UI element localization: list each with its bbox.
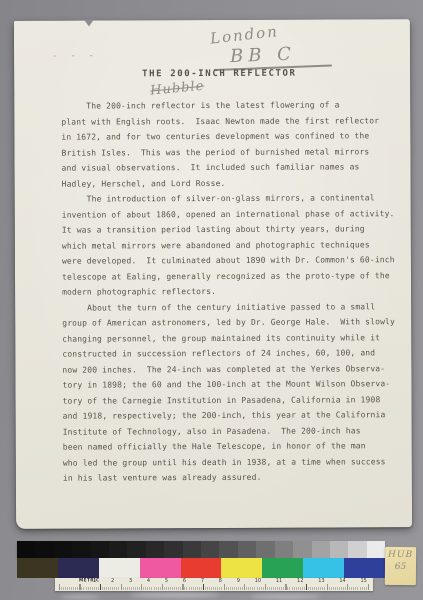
text-line: group of American astronomers, led by Dr…	[62, 314, 382, 331]
text-line: telescope at Ealing, generally recognize…	[62, 268, 382, 285]
swatch	[303, 558, 344, 578]
swatch	[72, 541, 90, 558]
swatch	[127, 541, 145, 558]
swatch	[312, 541, 330, 558]
metric-ruler: METRIC 123456789101112131415	[55, 578, 373, 591]
grayscale-step-wedge	[17, 541, 385, 558]
color-calibration-bar: METRIC 123456789101112131415	[17, 541, 385, 578]
text-line: were developed. It culminated about 1890…	[62, 252, 382, 269]
swatch	[164, 541, 182, 558]
text-line: which metal mirrors were abandoned and p…	[62, 237, 382, 254]
swatch	[17, 558, 58, 578]
swatch	[35, 541, 53, 558]
scanner-smudge	[130, 592, 220, 598]
swatch	[293, 541, 311, 558]
swatch	[140, 558, 181, 578]
text-line: who led the group until his death in 193…	[63, 454, 383, 471]
ruler-tick-marks	[59, 584, 369, 590]
archival-label-sticker: HUB 65	[385, 547, 416, 585]
scanned-page: - - - London BB C THE 200-INCH REFLECTOR…	[14, 19, 412, 529]
swatch	[146, 541, 164, 558]
swatch	[262, 558, 303, 578]
text-line: and visual observations. It included suc…	[62, 159, 382, 176]
text-line: Hadley, Herschel, and Lord Rosse.	[62, 175, 382, 192]
swatch	[58, 558, 99, 578]
text-line: constructed in succession reflectors of …	[62, 345, 382, 362]
text-line: modern photographic reflectors.	[62, 283, 382, 300]
label-code: HUB	[385, 550, 416, 560]
text-line: plant with English roots. Isaac Newton m…	[61, 113, 381, 130]
text-line: The 200-inch reflector is the latest flo…	[61, 97, 381, 114]
swatch	[17, 541, 35, 558]
swatch	[238, 541, 256, 558]
swatch	[201, 541, 219, 558]
swatch	[348, 541, 366, 558]
text-line: invention of about 1860, opened an inter…	[62, 206, 382, 223]
swatch	[219, 541, 237, 558]
label-number: 65	[385, 562, 416, 572]
scanner-smudge	[250, 594, 320, 599]
page-title: THE 200-INCH REFLECTOR	[142, 69, 296, 80]
text-line: British Isles. This was the period of bu…	[61, 144, 381, 161]
text-line: Institute of Technology, also in Pasaden…	[63, 423, 383, 440]
handwritten-bbc: BB C	[230, 43, 297, 67]
text-line: tory in 1898; the 60 and the 100-inch at…	[62, 376, 382, 393]
swatch	[183, 541, 201, 558]
swatch	[99, 558, 140, 578]
color-patch-strip	[17, 558, 385, 578]
swatch	[54, 541, 72, 558]
text-line: changing personnel, the group maintained…	[62, 330, 382, 347]
text-line: and 1918, respectively; the 200-inch, th…	[63, 407, 383, 424]
text-line: now 200 inches. The 24-inch was complete…	[62, 361, 382, 378]
text-line: in 1672, and for two centuries developme…	[61, 128, 381, 145]
swatch	[91, 541, 109, 558]
swatch	[330, 541, 348, 558]
text-line: About the turn of the century initiative…	[62, 299, 382, 316]
swatch	[109, 541, 127, 558]
swatch	[344, 558, 385, 578]
text-line: tory of the Carnegie Institution in Pasa…	[63, 392, 383, 409]
text-line: The introduction of silver-on-glass mirr…	[62, 190, 382, 207]
text-line: It was a transition period lasting about…	[62, 221, 382, 238]
swatch	[181, 558, 222, 578]
handwritten-hubble-crossed-out: Hubble	[150, 79, 205, 99]
paper-notch	[84, 20, 94, 27]
text-line: been named officially the Hale Telescope…	[63, 438, 383, 455]
scanner-smudge	[60, 595, 100, 599]
swatch	[256, 541, 274, 558]
typewritten-body: The 200-inch reflector is the latest flo…	[61, 97, 383, 486]
swatch	[221, 558, 262, 578]
swatch	[367, 541, 385, 558]
text-line: in his last venture was already assured.	[63, 469, 383, 486]
swatch	[275, 541, 293, 558]
pencil-dash-mark: - - -	[52, 51, 97, 62]
